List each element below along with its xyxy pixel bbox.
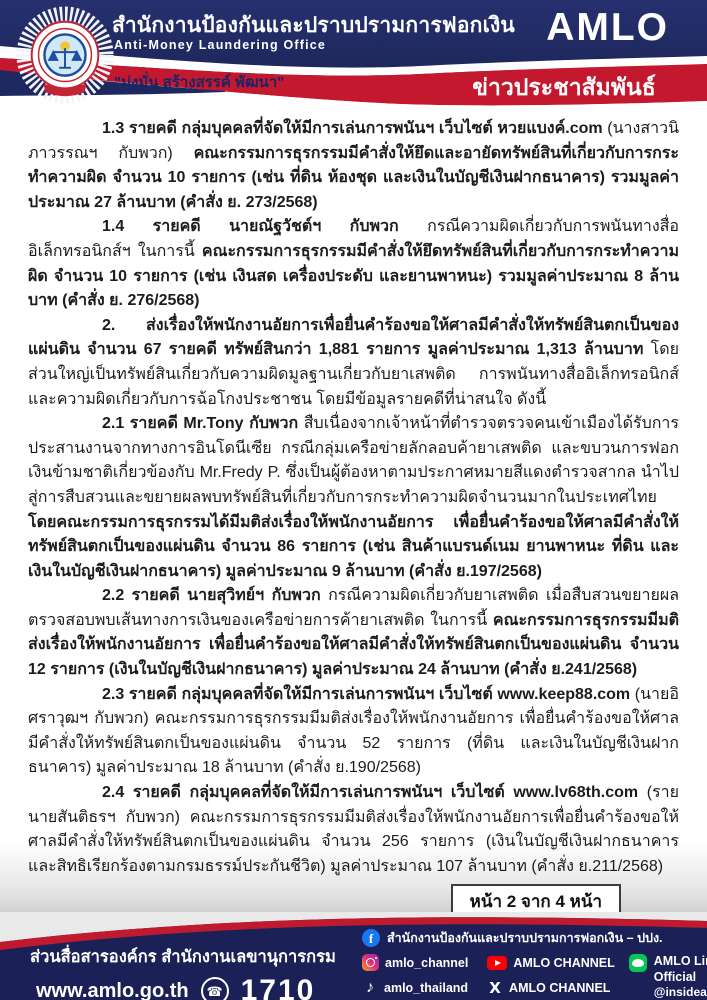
social-line-block: AMLO Line Official @insideamlo [629,954,707,1000]
line-id: @insideamlo [654,985,707,1000]
paragraph: 2.1 รายคดี Mr.Tony กับพวก สืบเนื่องจากเจ… [28,412,679,584]
paragraph: 2. ส่งเรื่องให้พนักงานอัยการเพื่อยื่นคำร… [28,314,679,412]
instagram-icon [362,954,379,971]
tiktok-label: amlo_thailand [384,981,468,995]
footer-dept-line: ส่วนสื่อสารองค์กร สำนักงานเลขานุการกรม [30,944,336,970]
paragraph: 1.3 รายคดี กลุ่มบุคคลที่จัดให้มีการเล่นก… [28,117,679,215]
amlo-acronym: AMLO [546,6,669,50]
facebook-label: สำนักงานป้องกันและปราบปรามการฟอกเงิน – ป… [387,928,663,948]
social-row-3: ♪ amlo_thailand X AMLO CHANNEL [362,979,627,997]
youtube-label: AMLO CHANNEL [513,956,614,970]
x-label: AMLO CHANNEL [509,981,610,995]
line-icon [629,954,647,972]
paragraph: 1.4 รายคดี นายณัฐวัชต์ฯ กับพวก กรณีความผ… [28,215,679,313]
line-label: AMLO Line Official [654,954,707,985]
phone-icon: ☎ [201,977,229,1000]
tiktok-icon: ♪ [362,979,378,997]
instagram-label: amlo_channel [385,956,468,970]
footer-website: www.amlo.go.th [36,980,189,1000]
facebook-icon: f [362,929,380,947]
org-name-en: Anti-Money Laundering Office [114,38,326,52]
footer-contact-block: ส่วนสื่อสารองค์กร สำนักงานเลขานุการกรม w… [30,944,336,1000]
paragraph: 2.2 รายคดี นายสุวิทย์ฯ กับพวก กรณีความผิ… [28,584,679,682]
footer-social-block: f สำนักงานป้องกันและปราบปรามการฟอกเงิน –… [362,928,707,1000]
footer-hotline: 1710 [241,974,316,1000]
press-release-page: สำนักงานป้องกันและปราบปรามการฟอกเงิน Ant… [0,0,707,1000]
paragraph: 2.3 รายคดี กลุ่มบุคคลที่จัดให้มีการเล่นก… [28,683,679,781]
social-row-2: amlo_channel AMLO CHANNEL [362,954,627,971]
motto: "มุ่งมั่น สร้างสรรค์ พัฒนา" [114,70,284,94]
footer: ส่วนสื่อสารองค์กร สำนักงานเลขานุการกรม w… [0,912,707,1000]
header: สำนักงานป้องกันและปราบปรามการฟอกเงิน Ant… [0,0,707,114]
x-icon: X [487,980,503,996]
document-body: 1.3 รายคดี กลุ่มบุคคลที่จัดให้มีการเล่นก… [28,117,679,879]
amlo-badge-logo [16,3,114,111]
social-row-facebook: f สำนักงานป้องกันและปราบปรามการฟอกเงิน –… [362,928,707,948]
press-release-banner: ข่าวประชาสัมพันธ์ [438,70,690,106]
youtube-icon [487,956,507,970]
